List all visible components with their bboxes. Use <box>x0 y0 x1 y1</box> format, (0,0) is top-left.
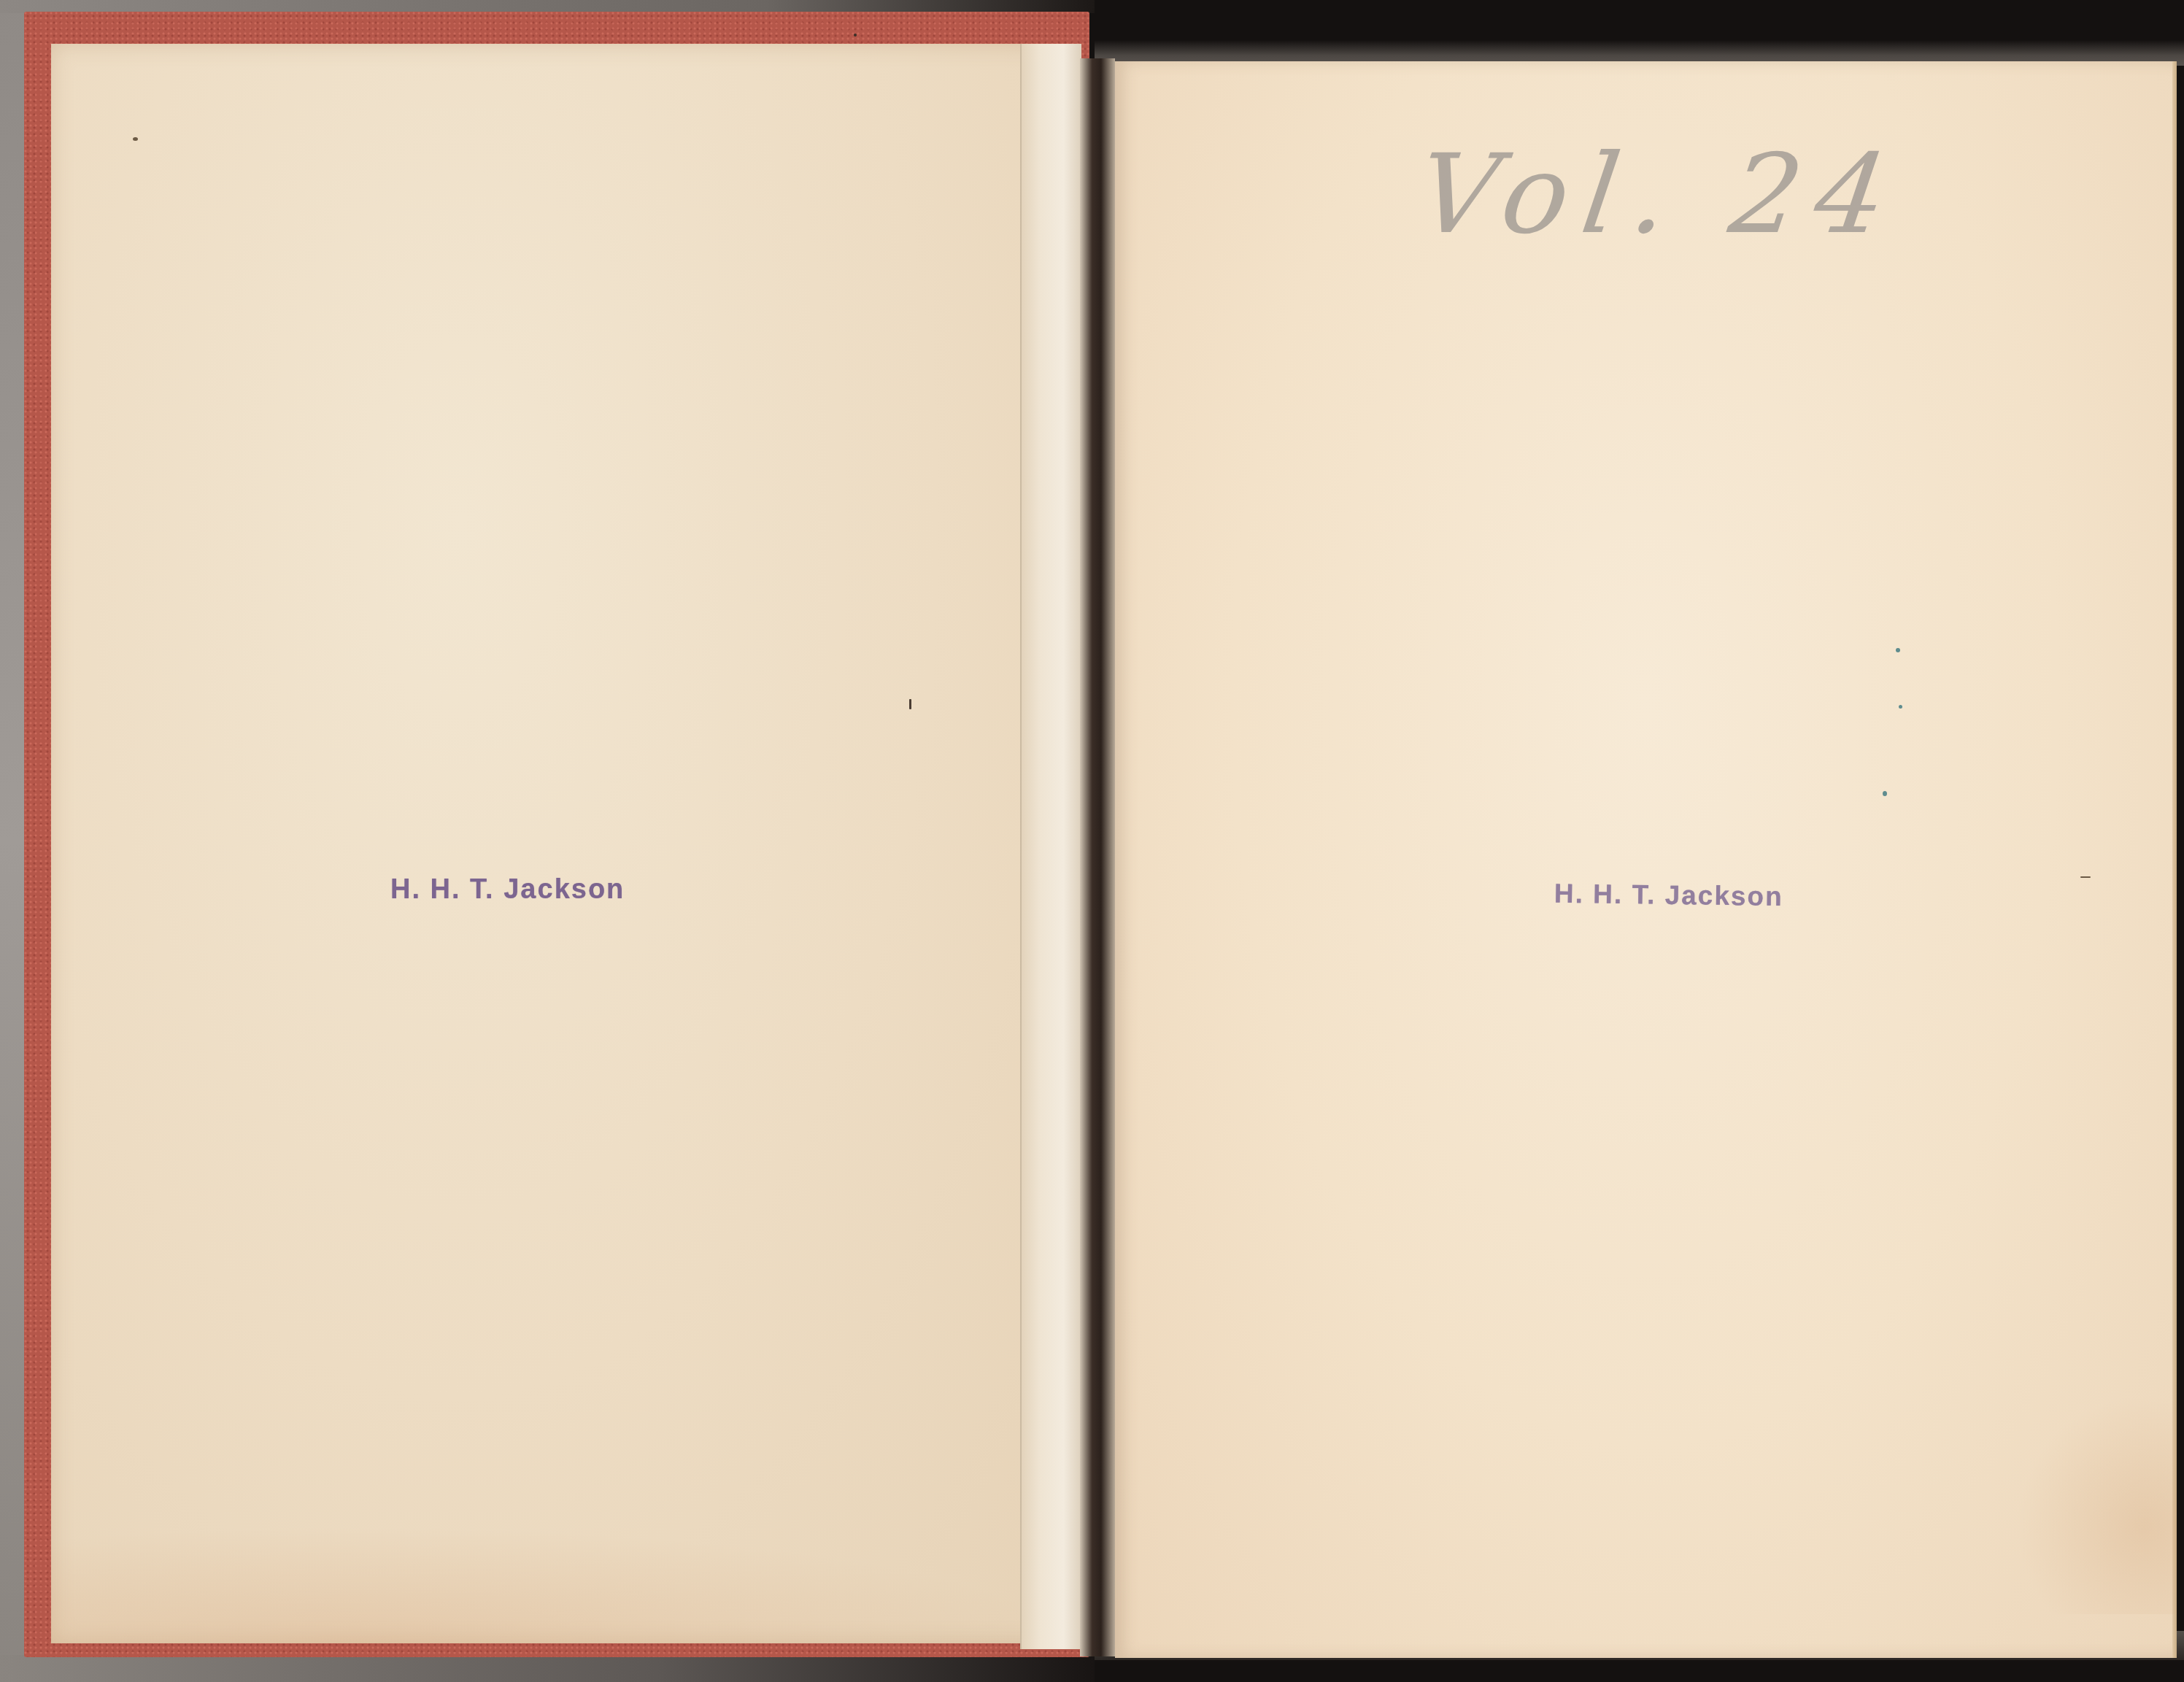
pencil-volume-note: Vol. 24 <box>1411 131 1910 258</box>
ink-speck <box>133 137 138 141</box>
right-flyleaf-page <box>1115 61 2177 1658</box>
ink-speck <box>1896 648 1900 652</box>
ink-speck <box>1899 705 1902 709</box>
ink-speck <box>1883 791 1887 796</box>
ink-speck <box>909 699 911 709</box>
owner-stamp-right: H. H. T. Jackson <box>1554 879 1783 912</box>
owner-stamp-left: H. H. T. Jackson <box>390 874 625 906</box>
foxing-stain <box>2016 1395 2177 1614</box>
left-pastedown-page <box>51 44 1073 1643</box>
ink-speck <box>2080 876 2091 878</box>
cover-hinge <box>1020 44 1081 1649</box>
book-gutter <box>1080 58 1115 1656</box>
foxing-stain <box>51 1527 1073 1643</box>
background-bottom <box>0 1655 1095 1682</box>
ink-speck <box>854 34 857 36</box>
